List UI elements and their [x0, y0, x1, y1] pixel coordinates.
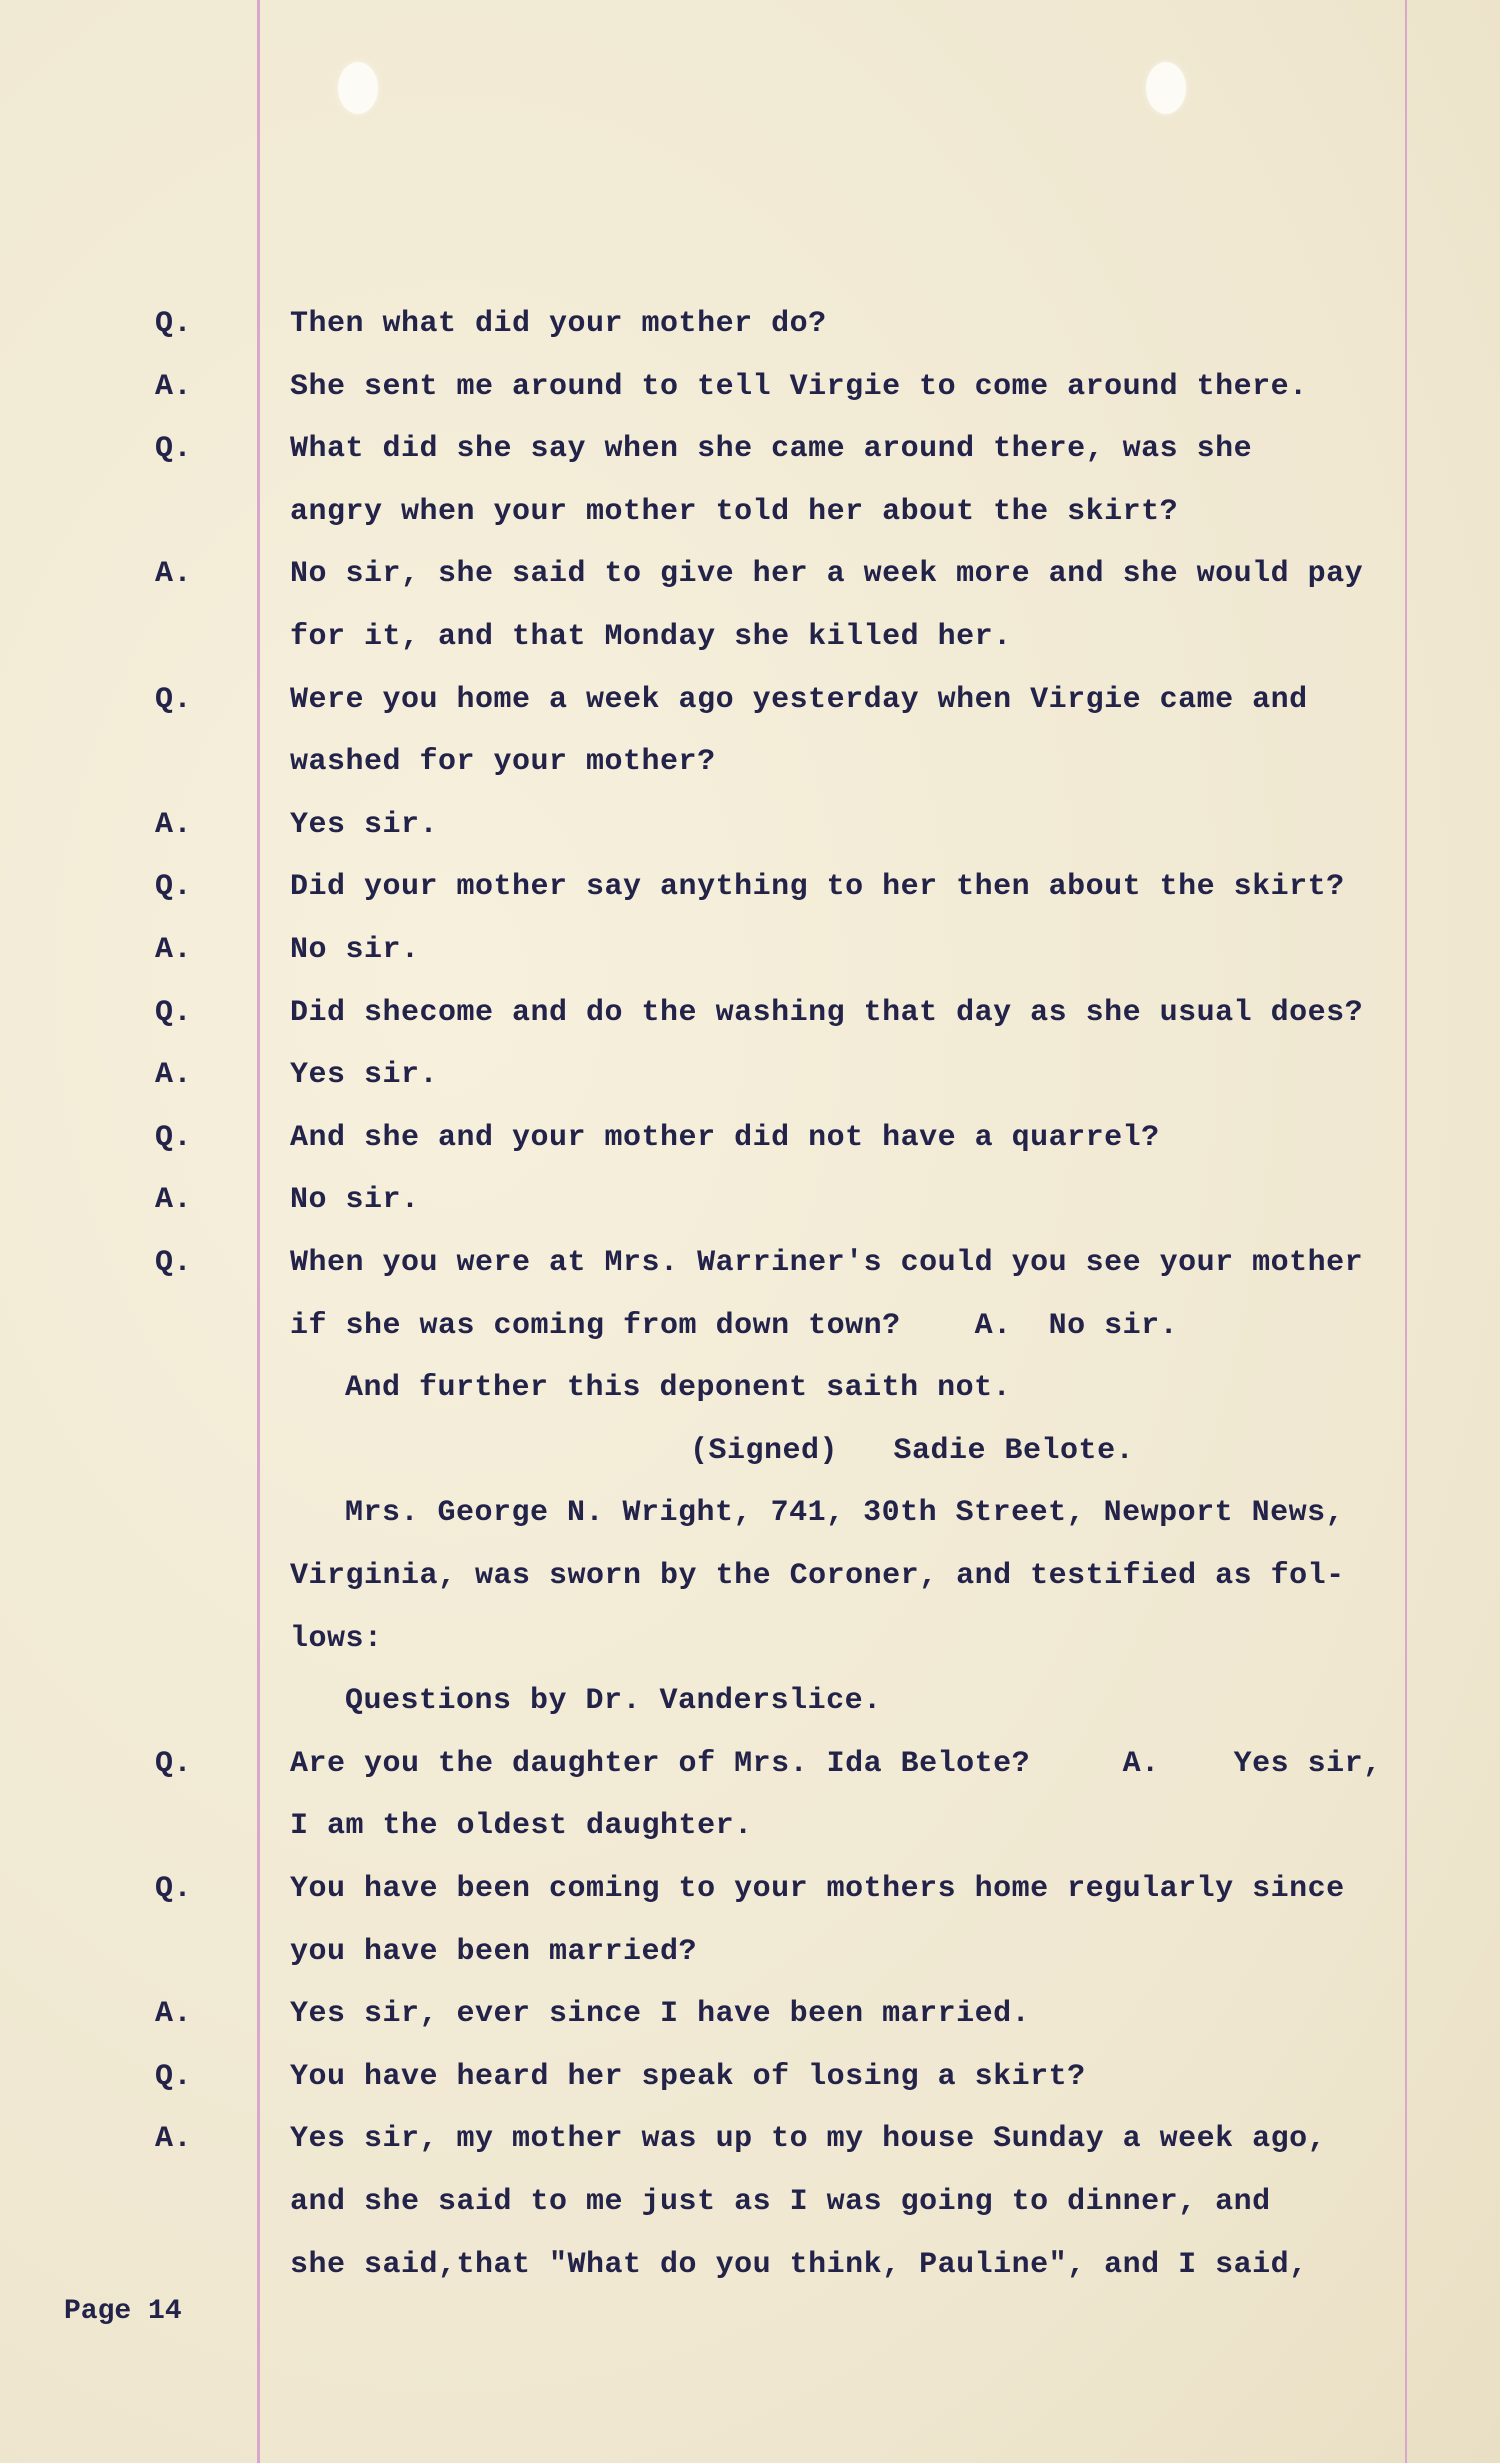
left-margin-rule [257, 0, 260, 2463]
line-text: Yes sir. [290, 805, 438, 845]
speaker-label: Q. [155, 1869, 192, 1909]
line-text: What did she say when she came around th… [290, 429, 1252, 469]
speaker-label: A. [155, 1055, 192, 1095]
line-text: Yes sir, ever since I have been married. [290, 1994, 1030, 2034]
speaker-label: Q. [155, 2057, 192, 2097]
speaker-label: A. [155, 367, 192, 407]
line-text: you have been married? [290, 1932, 697, 1972]
line-text: Yes sir, my mother was up to my house Su… [290, 2119, 1326, 2159]
line-text: Did shecome and do the washing that day … [290, 993, 1363, 1033]
line-text: Yes sir. [290, 1055, 438, 1095]
speaker-label: A. [155, 1180, 192, 1220]
line-text: she said,that "What do you think, Paulin… [290, 2245, 1308, 2285]
line-text: No sir. [290, 1180, 420, 1220]
line-text: Then what did your mother do? [290, 304, 827, 344]
line-text: You have heard her speak of losing a ski… [290, 2057, 1086, 2097]
line-text: (Signed) Sadie Belote. [690, 1431, 1134, 1471]
line-text: No sir. [290, 930, 420, 970]
line-text: washed for your mother? [290, 742, 716, 782]
line-text: She sent me around to tell Virgie to com… [290, 367, 1308, 407]
line-text: No sir, she said to give her a week more… [290, 554, 1363, 594]
line-text: I am the oldest daughter. [290, 1806, 753, 1846]
line-text: lows: [290, 1619, 383, 1659]
speaker-label: Q. [155, 429, 192, 469]
line-text: You have been coming to your mothers hom… [290, 1869, 1345, 1909]
page-number: Page 14 [64, 2296, 182, 2327]
line-text: And she and your mother did not have a q… [290, 1118, 1160, 1158]
speaker-label: A. [155, 554, 192, 594]
speaker-label: Q. [155, 680, 192, 720]
line-text: and she said to me just as I was going t… [290, 2182, 1271, 2222]
speaker-label: Q. [155, 867, 192, 907]
right-margin-rule [1405, 0, 1407, 2463]
speaker-label: A. [155, 1994, 192, 2034]
line-text: for it, and that Monday she killed her. [290, 617, 1012, 657]
punch-hole [338, 62, 378, 114]
line-text: Did your mother say anything to her then… [290, 867, 1345, 907]
line-text: if she was coming from down town? A. No … [290, 1306, 1178, 1346]
line-text: When you were at Mrs. Warriner's could y… [290, 1243, 1363, 1283]
punch-hole [1146, 62, 1186, 114]
speaker-label: Q. [155, 304, 192, 344]
line-text: Were you home a week ago yesterday when … [290, 680, 1308, 720]
speaker-label: Q. [155, 993, 192, 1033]
speaker-label: Q. [155, 1744, 192, 1784]
line-text: Mrs. George N. Wright, 741, 30th Street,… [345, 1493, 1344, 1533]
speaker-label: A. [155, 930, 192, 970]
line-text: Are you the daughter of Mrs. Ida Belote?… [290, 1744, 1382, 1784]
speaker-label: A. [155, 2119, 192, 2159]
speaker-label: Q. [155, 1243, 192, 1283]
line-text: Virginia, was sworn by the Coroner, and … [290, 1556, 1345, 1596]
line-text: And further this deponent saith not. [345, 1368, 1011, 1408]
speaker-label: A. [155, 805, 192, 845]
line-text: Questions by Dr. Vanderslice. [345, 1681, 882, 1721]
speaker-label: Q. [155, 1118, 192, 1158]
line-text: angry when your mother told her about th… [290, 492, 1178, 532]
